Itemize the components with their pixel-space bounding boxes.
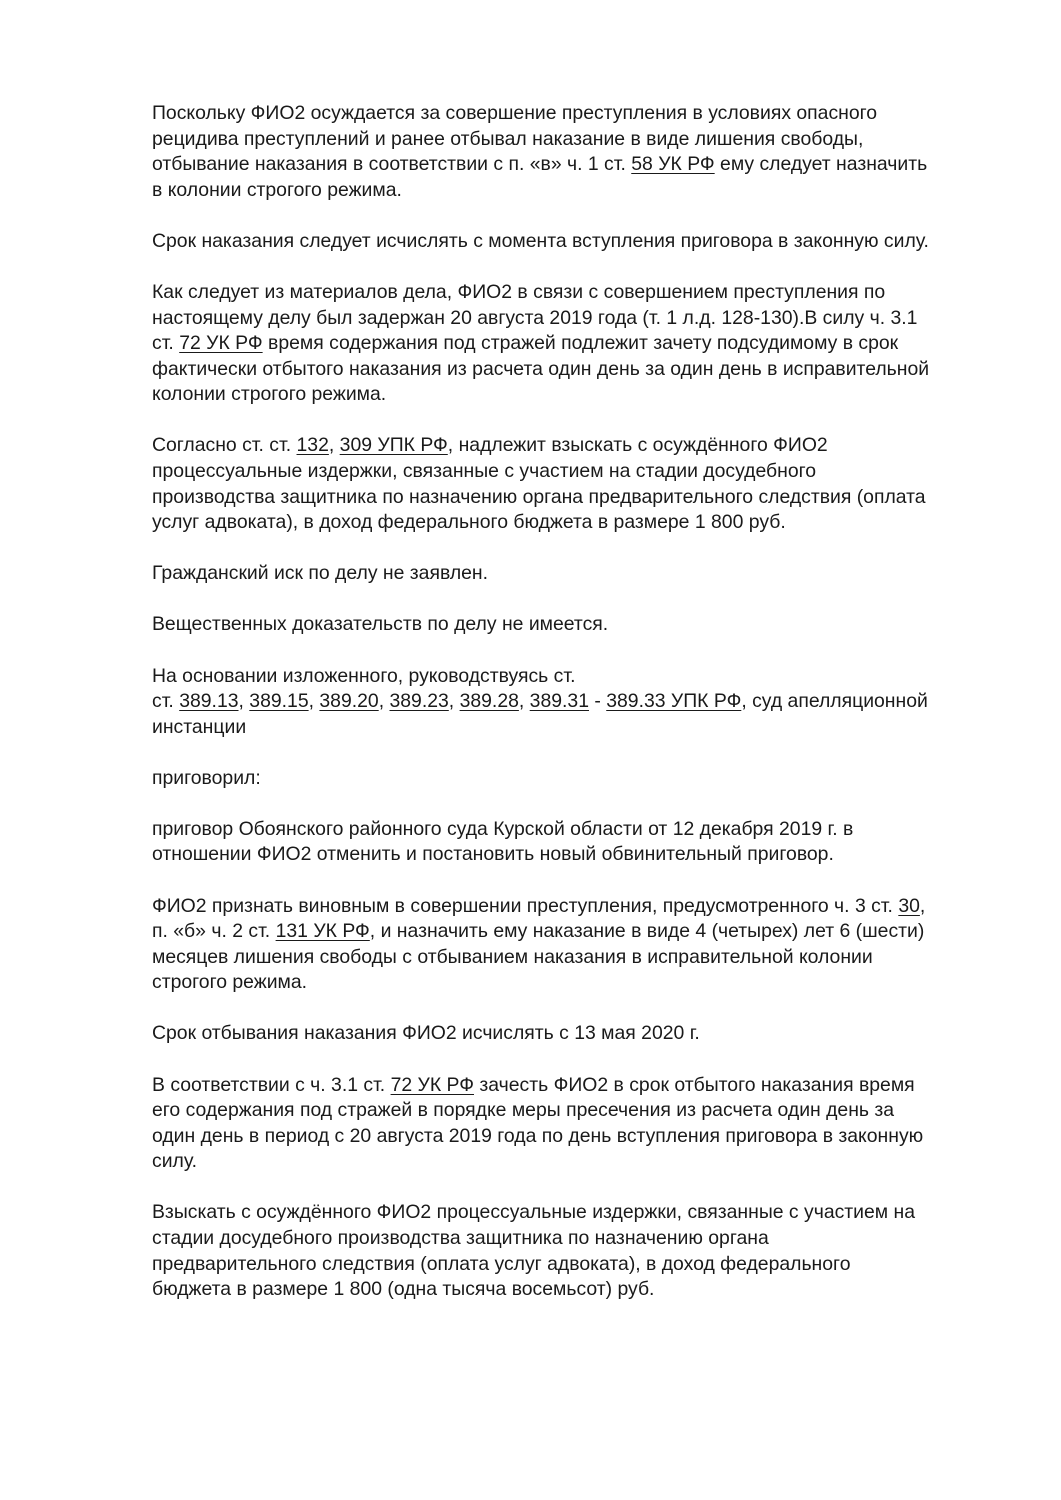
paragraph-detention: Как следует из материалов дела, ФИО2 в с…: [152, 280, 992, 408]
text-segment: отношении ФИО2 отменить и постановить но…: [152, 843, 834, 865]
text-segment: отбывание наказания в соответствии с п. …: [152, 153, 631, 175]
text-line: Согласно ст. ст. 132, 309 УПК РФ, надлеж…: [152, 433, 992, 459]
text-segment: производства защитника по назначению орг…: [152, 486, 926, 508]
text-line: Как следует из материалов дела, ФИО2 в с…: [152, 280, 992, 306]
text-segment: инстанции: [152, 716, 246, 738]
text-line: отбывание наказания в соответствии с п. …: [152, 152, 992, 178]
text-line: производства защитника по назначению орг…: [152, 485, 992, 511]
text-segment: в колонии строгого режима.: [152, 179, 402, 201]
text-segment: Согласно ст. ст.: [152, 434, 297, 456]
text-segment: Поскольку ФИО2 осуждается за совершение …: [152, 102, 877, 124]
text-line: инстанции: [152, 715, 992, 741]
paragraph-evidence: Вещественных доказательств по делу не им…: [152, 612, 992, 638]
text-segment: ФИО2 признать виновным в совершении прес…: [152, 895, 898, 917]
text-line: отношении ФИО2 отменить и постановить но…: [152, 842, 992, 868]
text-segment: ,: [379, 690, 390, 712]
text-line: п. «б» ч. 2 ст. 131 УК РФ, и назначить е…: [152, 919, 992, 945]
text-segment: ст.: [152, 332, 179, 354]
text-line: Срок наказания следует исчислять с момен…: [152, 229, 992, 255]
law-article-link[interactable]: 132: [297, 434, 329, 456]
text-segment: его содержания под стражей в порядке мер…: [152, 1099, 894, 1121]
text-segment: колонии строгого режима.: [152, 383, 386, 405]
text-segment: предварительного следствия (оплата услуг…: [152, 1253, 850, 1275]
text-line: его содержания под стражей в порядке мер…: [152, 1098, 992, 1124]
text-segment: Срок наказания следует исчислять с момен…: [152, 230, 929, 252]
text-line: Взыскать с осуждённого ФИО2 процессуальн…: [152, 1200, 992, 1226]
law-article-link[interactable]: 389.23: [389, 690, 448, 712]
paragraph-civil-claim: Гражданский иск по делу не заявлен.: [152, 561, 992, 587]
text-segment: -: [589, 690, 606, 712]
text-segment: настоящему делу был задержан 20 августа …: [152, 307, 917, 329]
text-segment: Срок отбывания наказания ФИО2 исчислять …: [152, 1022, 700, 1044]
law-article-link[interactable]: 389.28: [460, 690, 519, 712]
text-line: ст. 72 УК РФ время содержания под страже…: [152, 331, 992, 357]
text-segment: стадии досудебного производства защитник…: [152, 1227, 769, 1249]
law-article-link[interactable]: 30: [898, 895, 920, 917]
text-segment: ст.: [152, 690, 179, 712]
text-line: услуг адвоката), в доход федерального бю…: [152, 510, 992, 536]
text-segment: , и назначить ему наказание в виде 4 (че…: [370, 920, 925, 942]
law-article-link[interactable]: 131 УК РФ: [276, 920, 370, 942]
text-line: в колонии строгого режима.: [152, 178, 992, 204]
text-line: фактически отбытого наказания из расчета…: [152, 357, 992, 383]
text-segment: Вещественных доказательств по делу не им…: [152, 613, 608, 635]
text-line: месяцев лишения свободы с отбыванием нак…: [152, 945, 992, 971]
law-article-link[interactable]: 58 УК РФ: [631, 153, 714, 175]
text-segment: ,: [329, 434, 340, 456]
law-article-link[interactable]: 389.33 УПК РФ: [606, 690, 741, 712]
text-segment: приговорил:: [152, 767, 261, 789]
text-line: предварительного следствия (оплата услуг…: [152, 1252, 992, 1278]
text-line: колонии строгого режима.: [152, 382, 992, 408]
text-line: ст. 389.13, 389.15, 389.20, 389.23, 389.…: [152, 689, 992, 715]
text-segment: месяцев лишения свободы с отбыванием нак…: [152, 946, 873, 968]
paragraph-basis: На основании изложенного, руководствуясь…: [152, 664, 992, 741]
paragraph-costs: Согласно ст. ст. 132, 309 УПК РФ, надлеж…: [152, 433, 992, 535]
text-line: рецидива преступлений и ранее отбывал на…: [152, 127, 992, 153]
text-line: приговорил:: [152, 766, 992, 792]
text-segment: ,: [309, 690, 320, 712]
text-line: приговор Обоянского районного суда Курск…: [152, 817, 992, 843]
text-line: силу.: [152, 1149, 992, 1175]
text-line: стадии досудебного производства защитник…: [152, 1226, 992, 1252]
paragraph-regime: Поскольку ФИО2 осуждается за совершение …: [152, 101, 992, 203]
text-segment: процессуальные издержки, связанные с уча…: [152, 460, 816, 482]
text-segment: приговор Обоянского районного суда Курск…: [152, 818, 853, 840]
text-segment: , суд апелляционной: [741, 690, 928, 712]
text-segment: ,: [920, 895, 925, 917]
text-segment: строгого режима.: [152, 971, 307, 993]
text-line: настоящему делу был задержан 20 августа …: [152, 306, 992, 332]
text-line: строгого режима.: [152, 970, 992, 996]
paragraph-term-start: Срок наказания следует исчислять с момен…: [152, 229, 992, 255]
text-line: В соответствии с ч. 3.1 ст. 72 УК РФ зач…: [152, 1073, 992, 1099]
paragraph-term-date: Срок отбывания наказания ФИО2 исчислять …: [152, 1021, 992, 1047]
text-segment: Взыскать с осуждённого ФИО2 процессуальн…: [152, 1201, 915, 1223]
law-article-link[interactable]: 72 УК РФ: [179, 332, 262, 354]
text-segment: время содержания под стражей подлежит за…: [263, 332, 899, 354]
text-segment: ,: [519, 690, 530, 712]
text-segment: один день в период с 20 августа 2019 год…: [152, 1125, 923, 1147]
text-segment: силу.: [152, 1150, 197, 1172]
law-article-link[interactable]: 389.31: [530, 690, 589, 712]
law-article-link[interactable]: 389.15: [249, 690, 308, 712]
text-segment: На основании изложенного, руководствуясь…: [152, 665, 575, 687]
text-line: Гражданский иск по делу не заявлен.: [152, 561, 992, 587]
paragraph-guilty: ФИО2 признать виновным в совершении прес…: [152, 894, 992, 996]
text-line: Вещественных доказательств по делу не им…: [152, 612, 992, 638]
text-segment: услуг адвоката), в доход федерального бю…: [152, 511, 786, 533]
text-line: Срок отбывания наказания ФИО2 исчислять …: [152, 1021, 992, 1047]
text-segment: бюджета в размере 1 800 (одна тысяча вос…: [152, 1278, 654, 1300]
text-line: процессуальные издержки, связанные с уча…: [152, 459, 992, 485]
law-article-link[interactable]: 309 УПК РФ: [340, 434, 448, 456]
text-segment: п. «б» ч. 2 ст.: [152, 920, 276, 942]
paragraph-credit: В соответствии с ч. 3.1 ст. 72 УК РФ зач…: [152, 1073, 992, 1175]
text-segment: В соответствии с ч. 3.1 ст.: [152, 1074, 391, 1096]
text-segment: ,: [449, 690, 460, 712]
text-segment: ему следует назначить: [715, 153, 928, 175]
text-line: один день в период с 20 августа 2019 год…: [152, 1124, 992, 1150]
text-line: ФИО2 признать виновным в совершении прес…: [152, 894, 992, 920]
document-page: Поскольку ФИО2 осуждается за совершение …: [152, 101, 992, 1328]
text-segment: Гражданский иск по делу не заявлен.: [152, 562, 488, 584]
paragraph-recover: Взыскать с осуждённого ФИО2 процессуальн…: [152, 1200, 992, 1302]
paragraph-sentenced: приговорил:: [152, 766, 992, 792]
law-article-link[interactable]: 389.20: [319, 690, 378, 712]
text-segment: фактически отбытого наказания из расчета…: [152, 358, 929, 380]
law-article-link[interactable]: 389.13: [179, 690, 238, 712]
text-line: На основании изложенного, руководствуясь…: [152, 664, 992, 690]
text-segment: рецидива преступлений и ранее отбывал на…: [152, 128, 863, 150]
law-article-link[interactable]: 72 УК РФ: [391, 1074, 474, 1096]
text-segment: , надлежит взыскать с осуждённого ФИО2: [448, 434, 828, 456]
text-segment: зачесть ФИО2 в срок отбытого наказания в…: [474, 1074, 915, 1096]
text-segment: Как следует из материалов дела, ФИО2 в с…: [152, 281, 885, 303]
text-segment: ,: [239, 690, 250, 712]
text-line: Поскольку ФИО2 осуждается за совершение …: [152, 101, 992, 127]
text-line: бюджета в размере 1 800 (одна тысяча вос…: [152, 1277, 992, 1303]
paragraph-annul: приговор Обоянского районного суда Курск…: [152, 817, 992, 868]
